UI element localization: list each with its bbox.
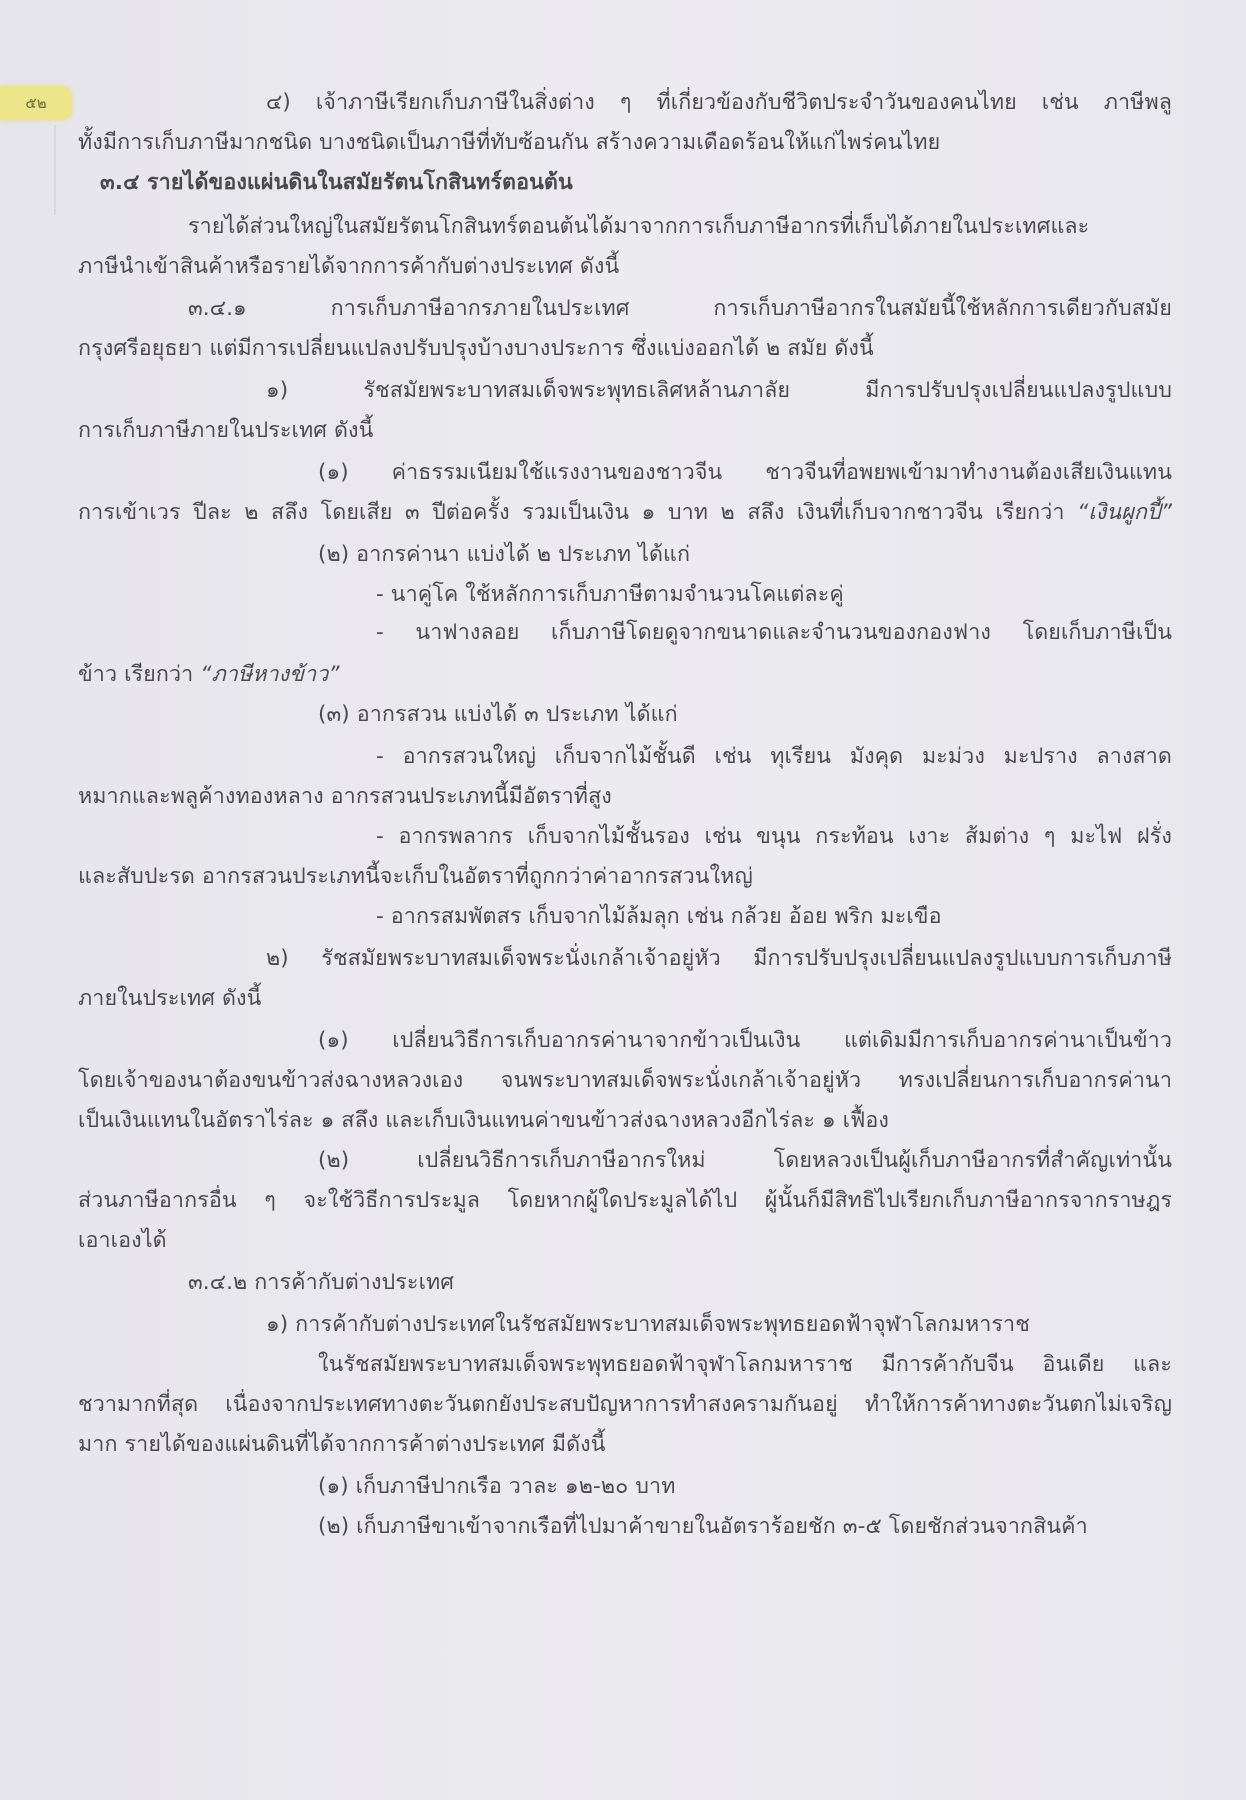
text-line: - อากรพลากร เก็บจากไม้ชั้นรอง เช่น ขนุน … [376,822,1172,852]
line-text: การเก็บภาษีภายในประเทศ ดังนี้ [78,418,373,443]
line-text: - อากรพลากร เก็บจากไม้ชั้นรอง เช่น ขนุน … [376,824,1172,849]
text-line: ๓.๔.๑ การเก็บภาษีอากรภายในประเทศ การเก็บ… [188,294,1172,324]
text-line: - อากรสวนใหญ่ เก็บจากไม้ชั้นดี เช่น ทุเร… [376,742,1172,772]
line-text: (๓) อากรสวน แบ่งได้ ๓ ประเภท ได้แก่ [318,702,678,727]
text-line: ส่วนภาษีอากรอื่น ๆ จะใช้วิธีการประมูล โด… [78,1186,1172,1216]
text-line: (๑) ค่าธรรมเนียมใช้แรงงานของชาวจีน ชาวจี… [318,458,1172,488]
text-line: ๑) รัชสมัยพระบาทสมเด็จพระพุทธเลิศหล้านภา… [266,376,1172,406]
line-text: ๒) รัชสมัยพระบาทสมเด็จพระนั่งเกล้าเจ้าอย… [266,946,1172,971]
text-line: (๓) อากรสวน แบ่งได้ ๓ ประเภท ได้แก่ [318,700,678,730]
line-text: (๑) เก็บภาษีปากเรือ วาละ ๑๒-๒๐ บาท [318,1474,675,1499]
text-line: การเก็บภาษีภายในประเทศ ดังนี้ [78,416,373,446]
text-line: ภาษีนำเข้าสินค้าหรือรายได้จากการค้ากับต่… [78,252,619,282]
text-line: รายได้ส่วนใหญ่ในสมัยรัตนโกสินทร์ตอนต้นได… [188,212,1172,242]
line-text: มาก รายได้ของแผ่นดินที่ได้จากการค้าต่างป… [78,1432,606,1457]
text-line: (๒) เก็บภาษีขาเข้าจากเรือที่ไปมาค้าขายใน… [318,1512,1088,1542]
text-line: ๓.๔.๒ การค้ากับต่างประเทศ [188,1268,454,1298]
section-heading: ๓.๔ รายได้ของแผ่นดินในสมัยรัตนโกสินทร์ตอ… [100,168,573,198]
text-line: หมากและพลูค้างทองหลาง อากรสวนประเภทนี้มี… [78,782,612,812]
text-line: ๑) การค้ากับต่างประเทศในรัชสมัยพระบาทสมเ… [266,1310,1030,1340]
line-text: ภายในประเทศ ดังนี้ [78,986,261,1011]
text-line: ภายในประเทศ ดังนี้ [78,984,261,1014]
text-line: ชวามากที่สุด เนื่องจากประเทศทางตะวันตกยั… [78,1390,1172,1420]
italic-term: “เงินผูกปี้” [1077,500,1172,525]
line-text: ทั้งมีการเก็บภาษีมากชนิด บางชนิดเป็นภาษี… [78,130,940,155]
text-line: (๒) อากรค่านา แบ่งได้ ๒ ประเภท ได้แก่ [318,540,690,570]
text-line: มาก รายได้ของแผ่นดินที่ได้จากการค้าต่างป… [78,1430,606,1460]
line-text: - อากรสมพัตสร เก็บจากไม้ล้มลุก เช่น กล้ว… [376,904,942,929]
text-line: เป็นเงินแทนในอัตราไร่ละ ๑ สลึง และเก็บเง… [78,1106,889,1136]
margin-rule [54,125,56,215]
page-number-tab: ๕๒ [0,86,72,120]
page-number: ๕๒ [25,91,46,115]
line-text: ส่วนภาษีอากรอื่น ๆ จะใช้วิธีการประมูล โด… [78,1188,1172,1213]
line-text: ๓.๔.๑ การเก็บภาษีอากรภายในประเทศ การเก็บ… [188,296,1172,321]
italic-term: “ภาษีหางข้าว” [200,662,339,687]
line-text: โดยเจ้าของนาต้องขนข้าวส่งฉางหลวงเอง จนพร… [78,1068,1172,1093]
line-text: ๓.๔.๒ การค้ากับต่างประเทศ [188,1270,454,1295]
line-text: รายได้ส่วนใหญ่ในสมัยรัตนโกสินทร์ตอนต้นได… [188,214,1089,239]
text-line: - นาคู่โค ใช้หลักการเก็บภาษีตามจำนวนโคแต… [376,580,844,610]
text-line: และสับปะรด อากรสวนประเภทนี้จะเก็บในอัตรา… [78,862,753,892]
text-line: กรุงศรีอยุธยา แต่มีการเปลี่ยนแปลงปรับปรุ… [78,334,874,364]
line-text: หมากและพลูค้างทองหลาง อากรสวนประเภทนี้มี… [78,784,612,809]
line-text: ๔) เจ้าภาษีเรียกเก็บภาษีในสิ่งต่าง ๆ ที่… [266,90,1172,115]
line-text: ๑) การค้ากับต่างประเทศในรัชสมัยพระบาทสมเ… [266,1312,1030,1337]
line-text: ในรัชสมัยพระบาทสมเด็จพระพุทธยอดฟ้าจุฬาโล… [318,1352,1172,1377]
line-text: - นาคู่โค ใช้หลักการเก็บภาษีตามจำนวนโคแต… [376,582,844,607]
text-line: - นาฟางลอย เก็บภาษีโดยดูจากขนาดและจำนวนข… [376,618,1172,648]
line-text: ๑) รัชสมัยพระบาทสมเด็จพระพุทธเลิศหล้านภา… [266,378,1172,403]
text-line: - อากรสมพัตสร เก็บจากไม้ล้มลุก เช่น กล้ว… [376,902,942,932]
line-text: - นาฟางลอย เก็บภาษีโดยดูจากขนาดและจำนวนข… [376,620,1172,645]
text-line: ๔) เจ้าภาษีเรียกเก็บภาษีในสิ่งต่าง ๆ ที่… [266,88,1172,118]
text-line: โดยเจ้าของนาต้องขนข้าวส่งฉางหลวงเอง จนพร… [78,1066,1172,1096]
line-text: ๓.๔ รายได้ของแผ่นดินในสมัยรัตนโกสินทร์ตอ… [100,170,573,195]
text-line: ข้าว เรียกว่า “ภาษีหางข้าว” [78,660,340,690]
text-line: (๑) เปลี่ยนวิธีการเก็บอากรค่านาจากข้าวเป… [318,1026,1172,1056]
line-text: กรุงศรีอยุธยา แต่มีการเปลี่ยนแปลงปรับปรุ… [78,336,874,361]
line-text: และสับปะรด อากรสวนประเภทนี้จะเก็บในอัตรา… [78,864,753,889]
line-text: (๑) เปลี่ยนวิธีการเก็บอากรค่านาจากข้าวเป… [318,1028,1172,1053]
text-line: ในรัชสมัยพระบาทสมเด็จพระพุทธยอดฟ้าจุฬาโล… [318,1350,1172,1380]
line-text: ชวามากที่สุด เนื่องจากประเทศทางตะวันตกยั… [78,1392,1172,1417]
text-line: เอาเองได้ [78,1226,167,1256]
line-text: (๑) ค่าธรรมเนียมใช้แรงงานของชาวจีน ชาวจี… [318,460,1172,485]
line-text: เอาเองได้ [78,1228,167,1253]
line-text: การเข้าเวร ปีละ ๒ สลึง โดยเสีย ๓ ปีต่อคร… [78,500,1065,525]
text-line: การเข้าเวร ปีละ ๒ สลึง โดยเสีย ๓ ปีต่อคร… [78,498,1172,528]
text-line: (๑) เก็บภาษีปากเรือ วาละ ๑๒-๒๐ บาท [318,1472,675,1502]
text-line: (๒) เปลี่ยนวิธีการเก็บภาษีอากรใหม่ โดยหล… [318,1146,1172,1176]
line-text: (๒) เก็บภาษีขาเข้าจากเรือที่ไปมาค้าขายใน… [318,1514,1088,1539]
line-text: (๒) เปลี่ยนวิธีการเก็บภาษีอากรใหม่ โดยหล… [318,1148,1172,1173]
line-text: - อากรสวนใหญ่ เก็บจากไม้ชั้นดี เช่น ทุเร… [376,744,1172,769]
document-page: ๕๒ ๔) เจ้าภาษีเรียกเก็บภาษีในสิ่งต่าง ๆ … [0,0,1246,1800]
text-line: ๒) รัชสมัยพระบาทสมเด็จพระนั่งเกล้าเจ้าอย… [266,944,1172,974]
line-text: เป็นเงินแทนในอัตราไร่ละ ๑ สลึง และเก็บเง… [78,1108,889,1133]
line-text: ข้าว เรียกว่า [78,662,193,687]
line-text: (๒) อากรค่านา แบ่งได้ ๒ ประเภท ได้แก่ [318,542,690,567]
line-text: ภาษีนำเข้าสินค้าหรือรายได้จากการค้ากับต่… [78,254,619,279]
text-line: ทั้งมีการเก็บภาษีมากชนิด บางชนิดเป็นภาษี… [78,128,940,158]
